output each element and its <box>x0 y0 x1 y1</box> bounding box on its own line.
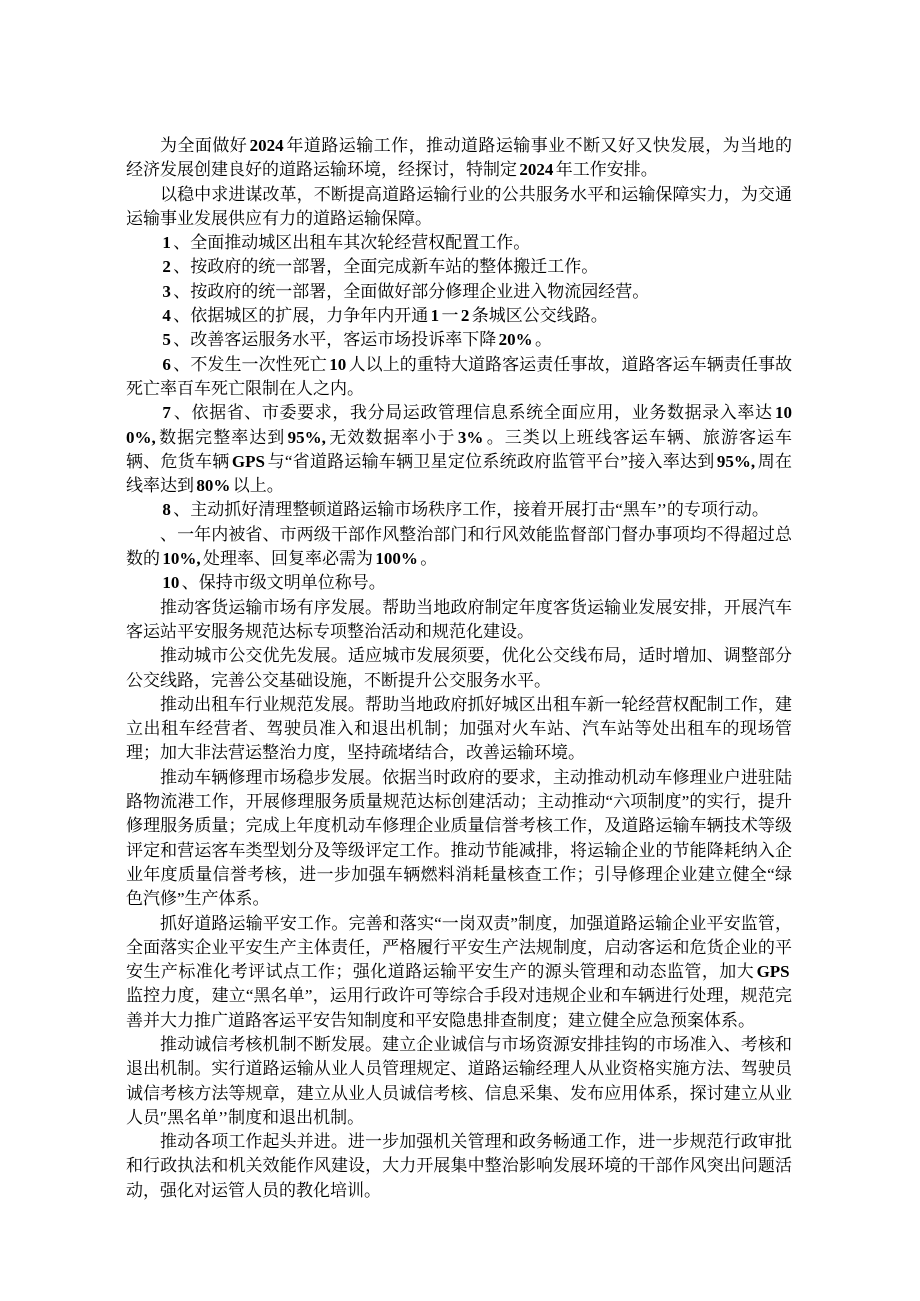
bold-text-run: 1 <box>162 233 171 252</box>
bold-text-run: 10%, <box>162 549 200 568</box>
bold-text-run: 3% <box>458 428 484 447</box>
text-run: 抓好道路运输平安工作。完善和落实“一岗双责”制度，加强道路运输企业平安监管，全面… <box>126 914 792 982</box>
bold-text-run: 8 <box>162 500 171 519</box>
bold-text-run: 2024 <box>250 136 284 155</box>
paragraph: 以稳中求进谋改革，不断提高道路运输行业的公共服务水平和运输保障实力，为交通运输事… <box>126 183 792 232</box>
text-run: 。 <box>535 330 552 349</box>
text-run: 推动各项工作起头并进。进一步加强机关管理和政务畅通工作，进一步规范行政审批和行政… <box>126 1132 792 1200</box>
text-run: 无效数据率小于 <box>328 428 455 447</box>
paragraph: 推动客货运输市场有序发展。帮助当地政府制定年度客货运输业发展安排，开展汽车客运站… <box>126 596 792 645</box>
paragraph: 抓好道路运输平安工作。完善和落实“一岗双责”制度，加强道路运输企业平安监管，全面… <box>126 912 792 1033</box>
bold-text-run: 95%, <box>288 428 326 447</box>
paragraph: 5、改善客运服务水平，客运市场投诉率下降20%。 <box>126 328 792 352</box>
text-run: 推动客货运输市场有序发展。帮助当地政府制定年度客货运输业发展安排，开展汽车客运站… <box>126 598 792 641</box>
paragraph: 推动出租车行业规范发展。帮助当地政府抓好城区出租车新一轮经营权配制工作，建立出租… <box>126 693 792 766</box>
bold-text-run: 2 <box>461 306 470 325</box>
text-run: 、不发生一次性死亡 <box>173 355 327 374</box>
paragraph: 10、保持市级文明单位称号。 <box>126 571 792 595</box>
bold-text-run: 3 <box>162 282 171 301</box>
paragraph: 3、按政府的统一部署，全面做好部分修理企业进入物流园经营。 <box>126 280 792 304</box>
text-run: 推动城市公交优先发展。适应城市发展须要，优化公交线布局，适时增加、调整部分公交线… <box>126 646 792 689</box>
text-run: 年工作安排。 <box>556 160 658 179</box>
text-run: 、保持市级文明单位称号。 <box>182 573 386 592</box>
document-page: 为全面做好2024年道路运输工作，推动道路运输事业不断又好又快发展，为当地的经济… <box>0 0 920 1301</box>
bold-text-run: 4 <box>162 306 171 325</box>
paragraph: 为全面做好2024年道路运输工作，推动道路运输事业不断又好又快发展，为当地的经济… <box>126 134 792 183</box>
text-run: 。 <box>420 549 437 568</box>
text-run: 、改善客运服务水平，客运市场投诉率下降 <box>173 330 496 349</box>
paragraph: 7、依据省、市委要求，我分局运政管理信息系统全面应用，业务数据录入率达100%,… <box>126 401 792 498</box>
text-run: 一 <box>442 306 459 325</box>
paragraph: 推动车辆修理市场稳步发展。依据当时政府的要求，主动推动机动车修理业户进驻陆路物流… <box>126 766 792 912</box>
text-run: 推动出租车行业规范发展。帮助当地政府抓好城区出租车新一轮经营权配制工作，建立出租… <box>126 695 792 763</box>
bold-text-run: 5 <box>162 330 171 349</box>
bold-text-run: 7 <box>162 403 171 422</box>
bold-text-run: GPS <box>232 452 265 471</box>
bold-text-run: 80% <box>196 476 230 495</box>
text-run: 以上。 <box>233 476 284 495</box>
text-run: 、全面推动城区出租车其次轮经营权配置工作。 <box>173 233 530 252</box>
text-run: 、依据城区的扩展，力争年内开通 <box>173 306 428 325</box>
text-run: 数据完整率达到 <box>158 428 285 447</box>
document-body: 为全面做好2024年道路运输工作，推动道路运输事业不断又好又快发展，为当地的经济… <box>0 0 920 1203</box>
paragraph: 2、按政府的统一部署，全面完成新车站的整体搬迁工作。 <box>126 255 792 279</box>
text-run: 、按政府的统一部署，全面完成新车站的整体搬迁工作。 <box>173 257 598 276</box>
bold-text-run: 2024 <box>519 160 553 179</box>
bold-text-run: 20% <box>499 330 533 349</box>
text-run: 、主动抓好清理整顿道路运输市场秩序工作，接着开展打击“黑车’’的专项行动。 <box>173 500 769 519</box>
paragraph: 4、依据城区的扩展，力争年内开通1一2条城区公交线路。 <box>126 304 792 328</box>
bold-text-run: 10 <box>329 355 346 374</box>
bold-text-run: 2 <box>162 257 171 276</box>
paragraph: 8、主动抓好清理整顿道路运输市场秩序工作，接着开展打击“黑车’’的专项行动。 <box>126 498 792 522</box>
paragraph: 推动诚信考核机制不断发展。建立企业诚信与市场资源安排挂钩的市场准入、考核和退出机… <box>126 1033 792 1130</box>
paragraph: 、一年内被省、市两级干部作风整治部门和行风效能监督部门督办事项均不得超过总数的1… <box>126 523 792 572</box>
text-run: 、依据省、市委要求，我分局运政管理信息系统全面应用，业务数据录入率达 <box>173 403 772 422</box>
text-run: 以稳中求进谋改革，不断提高道路运输行业的公共服务水平和运输保障实力，为交通运输事… <box>126 185 792 228</box>
paragraph: 1、全面推动城区出租车其次轮经营权配置工作。 <box>126 231 792 255</box>
text-run: 推动诚信考核机制不断发展。建立企业诚信与市场资源安排挂钩的市场准入、考核和退出机… <box>126 1035 792 1127</box>
text-run: 为全面做好 <box>160 136 247 155</box>
text-run: 、按政府的统一部署，全面做好部分修理企业进入物流园经营。 <box>173 282 649 301</box>
bold-text-run: GPS <box>757 962 790 981</box>
bold-text-run: 10 <box>162 573 179 592</box>
text-run: 条城区公交线路。 <box>472 306 608 325</box>
text-run: 处理率、回复率必需为 <box>203 549 373 568</box>
bold-text-run: 95%, <box>717 452 755 471</box>
paragraph: 6、不发生一次性死亡10人以上的重特大道路客运责任事故，道路客运车辆责任事故死亡… <box>126 353 792 402</box>
bold-text-run: 100% <box>375 549 418 568</box>
paragraph: 推动城市公交优先发展。适应城市发展须要，优化公交线布局，适时增加、调整部分公交线… <box>126 644 792 693</box>
paragraph: 推动各项工作起头并进。进一步加强机关管理和政务畅通工作，进一步规范行政审批和行政… <box>126 1130 792 1203</box>
bold-text-run: 1 <box>431 306 440 325</box>
text-run: 推动车辆修理市场稳步发展。依据当时政府的要求，主动推动机动车修理业户进驻陆路物流… <box>126 768 792 908</box>
text-run: 监控力度，建立“黑名单”，运用行政许可等综合手段对违规企业和车辆进行处理，规范完… <box>126 986 792 1029</box>
text-run: 与“省道路运输车辆卫星定位系统政府监管平台”接入率达到 <box>267 452 714 471</box>
bold-text-run: 6 <box>162 355 171 374</box>
